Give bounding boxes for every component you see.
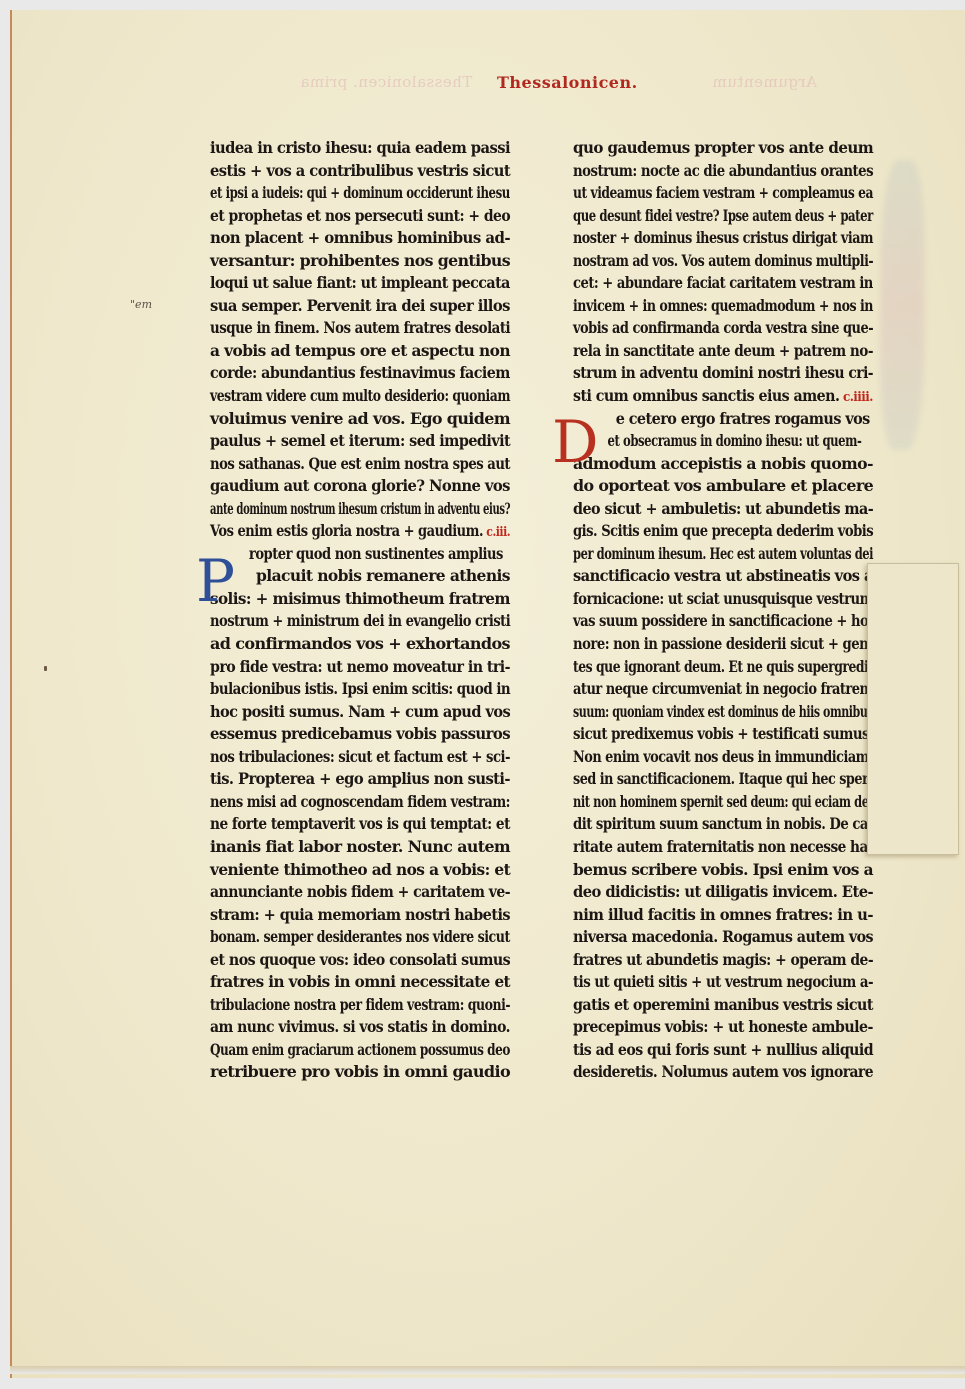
text-line: niversa macedonia. Rogamus autem vos bbox=[573, 926, 873, 949]
text-line: gis. Scitis enim que precepta dederim vo… bbox=[573, 520, 873, 543]
line-text: iudea in cristo ihesu: quia eadem passi bbox=[210, 138, 510, 157]
text-line: strum in adventu domini nostri ihesu cri… bbox=[573, 362, 873, 385]
text-line: inanis fiat labor noster. Nunc autem bbox=[210, 836, 510, 859]
line-text: deo sicut + ambuletis: ut abundetis ma- bbox=[573, 499, 873, 518]
text-line: Non enim vocavit nos deus in immundiciam… bbox=[573, 746, 873, 769]
line-text: gatis et operemini manibus vestris sicut bbox=[573, 995, 873, 1014]
line-text: quo gaudemus propter vos ante deum bbox=[573, 138, 873, 157]
text-line: loqui ut salue fiant: ut impleant peccat… bbox=[210, 272, 510, 295]
text-line: fornicacione: ut sciat unusquisque vestr… bbox=[573, 588, 873, 611]
text-line: Vos enim estis gloria nostra + gaudium. … bbox=[210, 520, 510, 543]
line-text: versantur: prohibentes nos gentibus bbox=[210, 251, 510, 270]
left-text-column: iudea in cristo ihesu: quia eadem passie… bbox=[210, 137, 510, 1084]
line-text: niversa macedonia. Rogamus autem vos bbox=[573, 927, 873, 946]
line-text: dit spiritum suum sanctum in nobis. De c… bbox=[573, 814, 873, 833]
initial-letter-blue: P bbox=[196, 552, 235, 610]
line-text: et ipsi a iudeis: qui + dominum occideru… bbox=[210, 183, 510, 202]
text-line: et prophetas et nos persecuti sunt: + de… bbox=[210, 205, 510, 228]
line-text: nos tribulaciones: sicut et factum est +… bbox=[210, 747, 510, 766]
line-text: nim illud facitis in omnes fratres: in u… bbox=[573, 905, 873, 924]
line-text: strum in adventu domini nostri ihesu cri… bbox=[573, 363, 873, 382]
text-line: sed in sanctificacionem. Itaque qui hec … bbox=[573, 768, 873, 791]
line-text: nit non hominem spernit sed deum: qui ec… bbox=[573, 792, 873, 811]
line-text: fratres ut abundetis magis: + operam de- bbox=[573, 950, 873, 969]
line-text: paulus + semel et iterum: sed impedivit bbox=[210, 431, 510, 450]
text-line: nostrum: nocte ac die abundantius orante… bbox=[573, 160, 873, 183]
text-line: nit non hominem spernit sed deum: qui ec… bbox=[573, 791, 873, 814]
text-line: ropter quod non sustinentes amplius bbox=[210, 543, 542, 566]
line-text: ante dominum nostrum ihesum cristum in a… bbox=[210, 499, 510, 518]
text-line: noster + dominus ihesus cristus dirigat … bbox=[573, 227, 873, 250]
text-line: et obsecramus in domino ihesu: ut quem- bbox=[573, 430, 896, 453]
text-line: estis + vos a contribulibus vestris sicu… bbox=[210, 160, 510, 183]
text-line: rela in sanctitate ante deum + patrem no… bbox=[573, 340, 873, 363]
text-line: Quam enim graciarum actionem possumus de… bbox=[210, 1039, 510, 1062]
line-text: nostrum + ministrum dei in evangelio cri… bbox=[210, 611, 510, 630]
line-text: Non enim vocavit nos deus in immundiciam… bbox=[573, 747, 873, 766]
line-text: invicem + in omnes: quemadmodum + nos in bbox=[573, 296, 873, 315]
chapter-marker: c.iii. bbox=[483, 525, 510, 540]
line-text: tis ad eos qui foris sunt + nullius aliq… bbox=[573, 1040, 873, 1059]
text-line: gatis et operemini manibus vestris sicut bbox=[573, 994, 873, 1017]
text-line: essemus predicebamus vobis passuros bbox=[210, 723, 510, 746]
text-line: sti cum omnibus sanctis eius amen. c.iii… bbox=[573, 385, 873, 408]
line-text: estis + vos a contribulibus vestris sicu… bbox=[210, 161, 510, 180]
text-line: sua semper. Pervenit ira dei super illos bbox=[210, 295, 510, 318]
text-line: paulus + semel et iterum: sed impedivit bbox=[210, 430, 510, 453]
text-line: veniente thimotheo ad nos a vobis: et bbox=[210, 859, 510, 882]
line-text: bulacionibus istis. Ipsi enim scitis: qu… bbox=[210, 679, 510, 698]
line-text: sua semper. Pervenit ira dei super illos bbox=[210, 296, 510, 315]
line-text: non placent + omnibus hominibus ad- bbox=[210, 228, 510, 247]
line-text: pro fide vestra: ut nemo moveatur in tri… bbox=[210, 657, 510, 676]
paper-repair-patch bbox=[867, 563, 959, 855]
line-text: stram: + quia memoriam nostri habetis bbox=[210, 905, 510, 924]
line-text: solis: + misimus thimotheum fratrem bbox=[210, 589, 510, 608]
running-head-title: Thessalonicen. bbox=[497, 73, 638, 92]
line-text: precepimus vobis: + ut honeste ambule- bbox=[573, 1017, 873, 1036]
line-text: sanctificacio vestra ut abstineatis vos … bbox=[573, 566, 873, 585]
text-line: bonam. semper desiderantes nos videre si… bbox=[210, 926, 510, 949]
line-text: nostram ad vos. Vos autem dominus multip… bbox=[573, 251, 873, 270]
text-line: annunciante nobis fidem + caritatem ve- bbox=[210, 881, 510, 904]
text-line: do oporteat vos ambulare et placere bbox=[573, 475, 873, 498]
text-line: deo sicut + ambuletis: ut abundetis ma- bbox=[573, 498, 873, 521]
text-line: deo didicistis: ut diligatis invicem. Et… bbox=[573, 881, 873, 904]
text-line: retribuere pro vobis in omni gaudio bbox=[210, 1061, 510, 1084]
line-text: gis. Scitis enim que precepta dederim vo… bbox=[573, 521, 873, 540]
text-line: cet: + abundare faciat caritatem vestram… bbox=[573, 272, 873, 295]
line-text: noster + dominus ihesus cristus dirigat … bbox=[573, 228, 873, 247]
line-text: a vobis ad tempus ore et aspectu non bbox=[210, 341, 510, 360]
text-line: tes que ignorant deum. Et ne quis superg… bbox=[573, 656, 873, 679]
line-text: hoc positi sumus. Nam + cum apud vos bbox=[210, 702, 510, 721]
text-line: ut videamus faciem vestram + compleamus … bbox=[573, 182, 873, 205]
line-text: vestram videre cum multo desiderio: quon… bbox=[210, 386, 510, 405]
line-text: voluimus venire ad vos. Ego quidem bbox=[210, 409, 510, 428]
line-text: nens misi ad cognoscendam fidem vestram: bbox=[210, 792, 510, 811]
line-text: do oporteat vos ambulare et placere bbox=[573, 476, 873, 495]
margin-mark bbox=[44, 666, 47, 671]
show-through-header-left: Thessalonicen. prima bbox=[300, 73, 472, 91]
line-text: usque in finem. Nos autem fratres desola… bbox=[210, 318, 510, 337]
text-line: nore: non in passione desiderii sicut + … bbox=[573, 633, 873, 656]
line-text: atur neque circumveniat in negocio fratr… bbox=[573, 679, 873, 698]
text-line: solis: + misimus thimotheum fratrem bbox=[210, 588, 510, 611]
text-line: am nunc vivimus. si vos statis in domino… bbox=[210, 1016, 510, 1039]
text-line: ad confirmandos vos + exhortandos bbox=[210, 633, 510, 656]
text-line: tis ad eos qui foris sunt + nullius aliq… bbox=[573, 1039, 873, 1062]
line-text: ropter quod non sustinentes amplius bbox=[249, 544, 503, 563]
line-text: am nunc vivimus. si vos statis in domino… bbox=[210, 1017, 510, 1036]
text-line: sanctificacio vestra ut abstineatis vos … bbox=[573, 565, 873, 588]
text-line: fratres ut abundetis magis: + operam de- bbox=[573, 949, 873, 972]
text-line: non placent + omnibus hominibus ad- bbox=[210, 227, 510, 250]
text-line: placuit nobis remanere athenis bbox=[210, 565, 556, 588]
text-line: admodum accepistis a nobis quomo- bbox=[573, 453, 873, 476]
text-line: tribulacione nostra per fidem vestram: q… bbox=[210, 994, 510, 1017]
text-line: dit spiritum suum sanctum in nobis. De c… bbox=[573, 813, 873, 836]
line-text: retribuere pro vobis in omni gaudio bbox=[210, 1062, 510, 1081]
line-text: bonam. semper desiderantes nos videre si… bbox=[210, 927, 510, 946]
show-through-illumination bbox=[880, 160, 925, 450]
text-line: precepimus vobis: + ut honeste ambule- bbox=[573, 1016, 873, 1039]
line-text: sti cum omnibus sanctis eius amen. bbox=[573, 386, 839, 405]
text-line: a vobis ad tempus ore et aspectu non bbox=[210, 340, 510, 363]
text-line: et nos quoque vos: ideo consolati sumus bbox=[210, 949, 510, 972]
text-line: vas suum possidere in sanctificacione + … bbox=[573, 610, 873, 633]
line-text: loqui ut salue fiant: ut impleant peccat… bbox=[210, 273, 510, 292]
line-text: per dominum ihesum. Hec est autem volunt… bbox=[573, 544, 873, 563]
line-text: Quam enim graciarum actionem possumus de… bbox=[210, 1040, 510, 1059]
text-line: nim illud facitis in omnes fratres: in u… bbox=[573, 904, 873, 927]
line-text: suum: quoniam vindex est dominus de hiis… bbox=[573, 702, 873, 721]
line-text: que desunt fidei vestre? Ipse autem deus… bbox=[573, 206, 873, 225]
text-line: et ipsi a iudeis: qui + dominum occideru… bbox=[210, 182, 510, 205]
text-line: atur neque circumveniat in negocio fratr… bbox=[573, 678, 873, 701]
text-line: ritate autem fraternitatis non necesse h… bbox=[573, 836, 873, 859]
line-text: veniente thimotheo ad nos a vobis: et bbox=[210, 860, 510, 879]
text-line: nostram ad vos. Vos autem dominus multip… bbox=[573, 250, 873, 273]
text-line: iudea in cristo ihesu: quia eadem passi bbox=[210, 137, 510, 160]
text-line: usque in finem. Nos autem fratres desola… bbox=[210, 317, 510, 340]
line-text: sed in sanctificacionem. Itaque qui hec … bbox=[573, 769, 873, 788]
right-text-column: quo gaudemus propter vos ante deumnostru… bbox=[573, 137, 873, 1084]
page-bottom-edge bbox=[10, 1366, 965, 1374]
text-line: suum: quoniam vindex est dominus de hiis… bbox=[573, 701, 873, 724]
line-text: admodum accepistis a nobis quomo- bbox=[573, 454, 873, 473]
text-line: tis. Propterea + ego amplius non susti- bbox=[210, 768, 510, 791]
line-text: deo didicistis: ut diligatis invicem. Et… bbox=[573, 882, 873, 901]
line-text: nore: non in passione desiderii sicut + … bbox=[573, 634, 873, 653]
line-text: annunciante nobis fidem + caritatem ve- bbox=[210, 882, 510, 901]
margin-annotation: "em bbox=[130, 298, 152, 311]
text-line: fratres in vobis in omni necessitate et bbox=[210, 971, 510, 994]
line-text: tis ut quieti sitis + ut vestrum negociu… bbox=[573, 972, 873, 991]
text-line: sicut predixemus vobis + testificati sum… bbox=[573, 723, 873, 746]
line-text: bemus scribere vobis. Ipsi enim vos a bbox=[573, 860, 873, 879]
text-line: que desunt fidei vestre? Ipse autem deus… bbox=[573, 205, 873, 228]
text-line: hoc positi sumus. Nam + cum apud vos bbox=[210, 701, 510, 724]
text-line: nos tribulaciones: sicut et factum est +… bbox=[210, 746, 510, 769]
line-text: rela in sanctitate ante deum + patrem no… bbox=[573, 341, 873, 360]
line-text: tes que ignorant deum. Et ne quis superg… bbox=[573, 657, 873, 676]
line-text: fornicacione: ut sciat unusquisque vestr… bbox=[573, 589, 873, 608]
text-line: pro fide vestra: ut nemo moveatur in tri… bbox=[210, 656, 510, 679]
initial-letter-red: D bbox=[552, 413, 599, 471]
text-line: ne forte temptaverit vos is qui temptat:… bbox=[210, 813, 510, 836]
text-line: tis ut quieti sitis + ut vestrum negociu… bbox=[573, 971, 873, 994]
line-text: vobis ad confirmanda corda vestra sine q… bbox=[573, 318, 873, 337]
line-text: fratres in vobis in omni necessitate et bbox=[210, 972, 510, 991]
text-line: gaudium aut corona glorie? Nonne vos bbox=[210, 475, 510, 498]
text-line: nos sathanas. Que est enim nostra spes a… bbox=[210, 453, 510, 476]
running-head: Thessalonicen. prima Thessalonicen. Argu… bbox=[0, 73, 965, 97]
line-text: et nos quoque vos: ideo consolati sumus bbox=[210, 950, 510, 969]
line-text: vas suum possidere in sanctificacione + … bbox=[573, 611, 873, 630]
text-line: quo gaudemus propter vos ante deum bbox=[573, 137, 873, 160]
text-line: per dominum ihesum. Hec est autem volunt… bbox=[573, 543, 873, 566]
text-line: vestram videre cum multo desiderio: quon… bbox=[210, 385, 510, 408]
show-through-header-right: Argumentum bbox=[712, 73, 817, 91]
line-text: e cetero ergo fratres rogamus vos bbox=[616, 409, 870, 428]
line-text: Vos enim estis gloria nostra + gaudium. bbox=[210, 521, 483, 540]
text-line: vobis ad confirmanda corda vestra sine q… bbox=[573, 317, 873, 340]
text-line: ante dominum nostrum ihesum cristum in a… bbox=[210, 498, 510, 521]
text-line: corde: abundantius festinavimus faciem bbox=[210, 362, 510, 385]
line-text: ritate autem fraternitatis non necesse h… bbox=[573, 837, 873, 856]
text-line: versantur: prohibentes nos gentibus bbox=[210, 250, 510, 273]
text-line: desideretis. Nolumus autem vos ignorare bbox=[573, 1061, 873, 1084]
text-line: stram: + quia memoriam nostri habetis bbox=[210, 904, 510, 927]
text-line: bulacionibus istis. Ipsi enim scitis: qu… bbox=[210, 678, 510, 701]
line-text: ad confirmandos vos + exhortandos bbox=[210, 634, 510, 653]
line-text: inanis fiat labor noster. Nunc autem bbox=[210, 837, 510, 856]
line-text: tribulacione nostra per fidem vestram: q… bbox=[210, 995, 510, 1014]
line-text: cet: + abundare faciat caritatem vestram… bbox=[573, 273, 873, 292]
line-text: tis. Propterea + ego amplius non susti- bbox=[210, 769, 510, 788]
line-text: et obsecramus in domino ihesu: ut quem- bbox=[608, 431, 862, 450]
text-line: voluimus venire ad vos. Ego quidem bbox=[210, 408, 510, 431]
line-text: et prophetas et nos persecuti sunt: + de… bbox=[210, 206, 510, 225]
line-text: placuit nobis remanere athenis bbox=[256, 566, 510, 585]
line-text: desideretis. Nolumus autem vos ignorare bbox=[573, 1062, 873, 1081]
line-text: corde: abundantius festinavimus faciem bbox=[210, 363, 510, 382]
text-line: invicem + in omnes: quemadmodum + nos in bbox=[573, 295, 873, 318]
line-text: nos sathanas. Que est enim nostra spes a… bbox=[210, 454, 510, 473]
line-text: ne forte temptaverit vos is qui temptat:… bbox=[210, 814, 510, 833]
line-text: ut videamus faciem vestram + compleamus … bbox=[573, 183, 873, 202]
text-line: nens misi ad cognoscendam fidem vestram: bbox=[210, 791, 510, 814]
text-line: bemus scribere vobis. Ipsi enim vos a bbox=[573, 859, 873, 882]
line-text: essemus predicebamus vobis passuros bbox=[210, 724, 510, 743]
chapter-marker: c.iiii. bbox=[839, 390, 872, 405]
text-line: e cetero ergo fratres rogamus vos bbox=[573, 408, 912, 431]
line-text: gaudium aut corona glorie? Nonne vos bbox=[210, 476, 510, 495]
line-text: nostrum: nocte ac die abundantius orante… bbox=[573, 161, 873, 180]
text-line: nostrum + ministrum dei in evangelio cri… bbox=[210, 610, 510, 633]
line-text: sicut predixemus vobis + testificati sum… bbox=[573, 724, 873, 743]
